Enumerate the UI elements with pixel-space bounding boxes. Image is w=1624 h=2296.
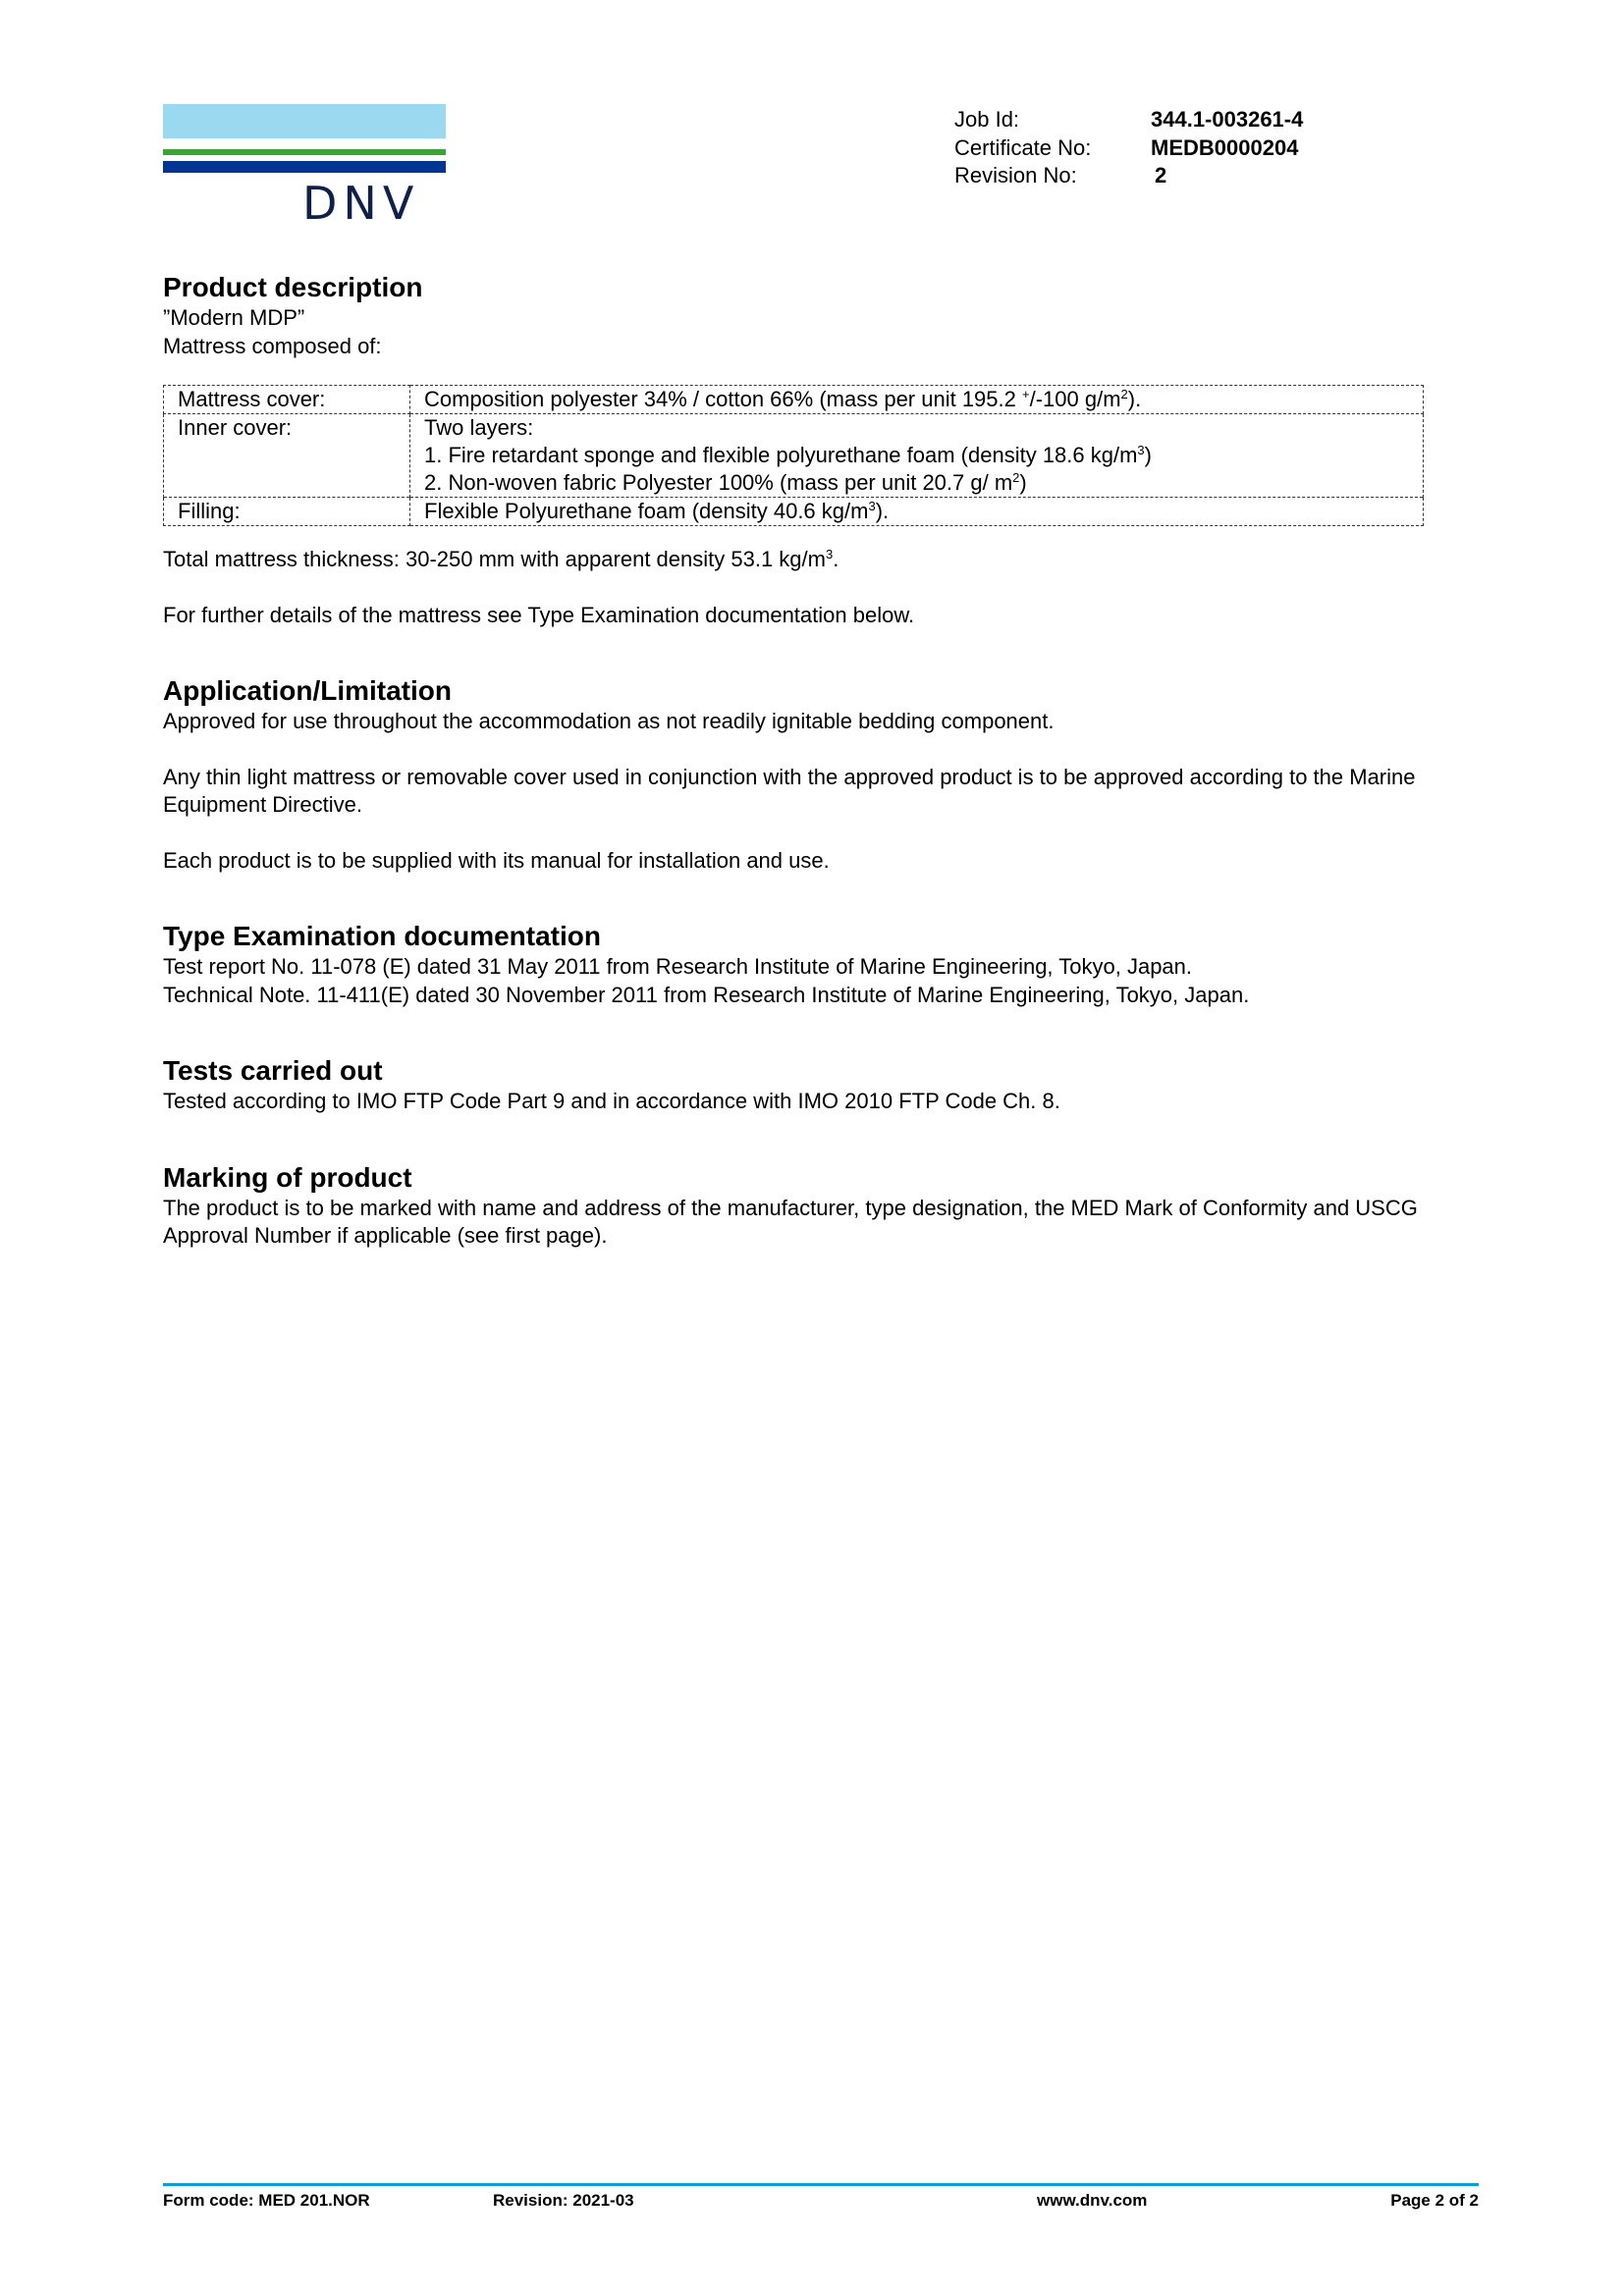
- inner-cover-line-1: Two layers:: [424, 414, 1423, 442]
- footer-form-code: Form code: MED 201.NOR: [163, 2191, 370, 2211]
- inner-cover-label: Inner cover:: [164, 414, 410, 498]
- further-details: For further details of the mattress see …: [163, 602, 1479, 630]
- product-description-heading: Product description: [163, 271, 1479, 304]
- table-row-filling: Filling: Flexible Polyurethane foam (den…: [164, 498, 1424, 526]
- product-intro: Mattress composed of:: [163, 333, 1479, 361]
- application-text-3: Each product is to be supplied with its …: [163, 847, 1479, 876]
- tests-heading: Tests carried out: [163, 1054, 1479, 1088]
- table-row-mattress-cover: Mattress cover: Composition polyester 34…: [164, 386, 1424, 414]
- certificate-no-row: Certificate No: MEDB0000204: [954, 134, 1303, 163]
- footer-website[interactable]: www.dnv.com: [1037, 2191, 1147, 2211]
- filling-value: Flexible Polyurethane foam (density 40.6…: [410, 498, 1424, 526]
- footer-page-number: Page 2 of 2: [1390, 2191, 1479, 2211]
- logo-bar-blue: [163, 161, 446, 173]
- page-footer: Form code: MED 201.NOR Revision: 2021-03…: [163, 2183, 1479, 2215]
- revision-no-row: Revision No: 2: [954, 162, 1303, 190]
- job-id-row: Job Id: 344.1-003261-4: [954, 106, 1303, 134]
- application-text-2: Any thin light mattress or removable cov…: [163, 764, 1479, 820]
- job-id-value: 344.1-003261-4: [1151, 106, 1303, 134]
- revision-no-label: Revision No:: [954, 162, 1151, 190]
- type-examination-heading: Type Examination documentation: [163, 920, 1479, 953]
- document-body: Product description ”Modern MDP” Mattres…: [163, 271, 1479, 1251]
- logo-bar-green: [163, 149, 446, 155]
- footer-revision: Revision: 2021-03: [493, 2191, 634, 2211]
- logo-wordmark: DNV: [302, 181, 450, 226]
- revision-no-value: 2: [1151, 162, 1166, 190]
- dnv-logo: DNV: [163, 104, 448, 230]
- mattress-cover-label: Mattress cover:: [164, 386, 410, 414]
- product-name: ”Modern MDP”: [163, 304, 1479, 333]
- application-heading: Application/Limitation: [163, 674, 1479, 708]
- certificate-no-value: MEDB0000204: [1151, 134, 1298, 163]
- inner-cover-line-3: 2. Non-woven fabric Polyester 100% (mass…: [424, 469, 1423, 497]
- footer-rule: [163, 2183, 1479, 2186]
- inner-cover-line-2: 1. Fire retardant sponge and flexible po…: [424, 442, 1423, 469]
- tests-text: Tested according to IMO FTP Code Part 9 …: [163, 1088, 1479, 1116]
- marking-text: The product is to be marked with name an…: [163, 1195, 1479, 1251]
- certificate-no-label: Certificate No:: [954, 134, 1151, 163]
- inner-cover-value: Two layers: 1. Fire retardant sponge and…: [410, 414, 1424, 498]
- mattress-cover-value: Composition polyester 34% / cotton 66% (…: [410, 386, 1424, 414]
- mattress-composition-table: Mattress cover: Composition polyester 34…: [163, 385, 1424, 526]
- marking-heading: Marking of product: [163, 1161, 1479, 1195]
- application-text-1: Approved for use throughout the accommod…: [163, 708, 1479, 736]
- job-id-label: Job Id:: [954, 106, 1151, 134]
- filling-label: Filling:: [164, 498, 410, 526]
- logo-bar-sky: [163, 104, 446, 138]
- certificate-identifiers: Job Id: 344.1-003261-4 Certificate No: M…: [954, 106, 1303, 190]
- total-thickness: Total mattress thickness: 30-250 mm with…: [163, 546, 1479, 574]
- type-examination-line-1: Test report No. 11-078 (E) dated 31 May …: [163, 953, 1479, 982]
- table-row-inner-cover: Inner cover: Two layers: 1. Fire retarda…: [164, 414, 1424, 498]
- type-examination-line-2: Technical Note. 11-411(E) dated 30 Novem…: [163, 982, 1479, 1010]
